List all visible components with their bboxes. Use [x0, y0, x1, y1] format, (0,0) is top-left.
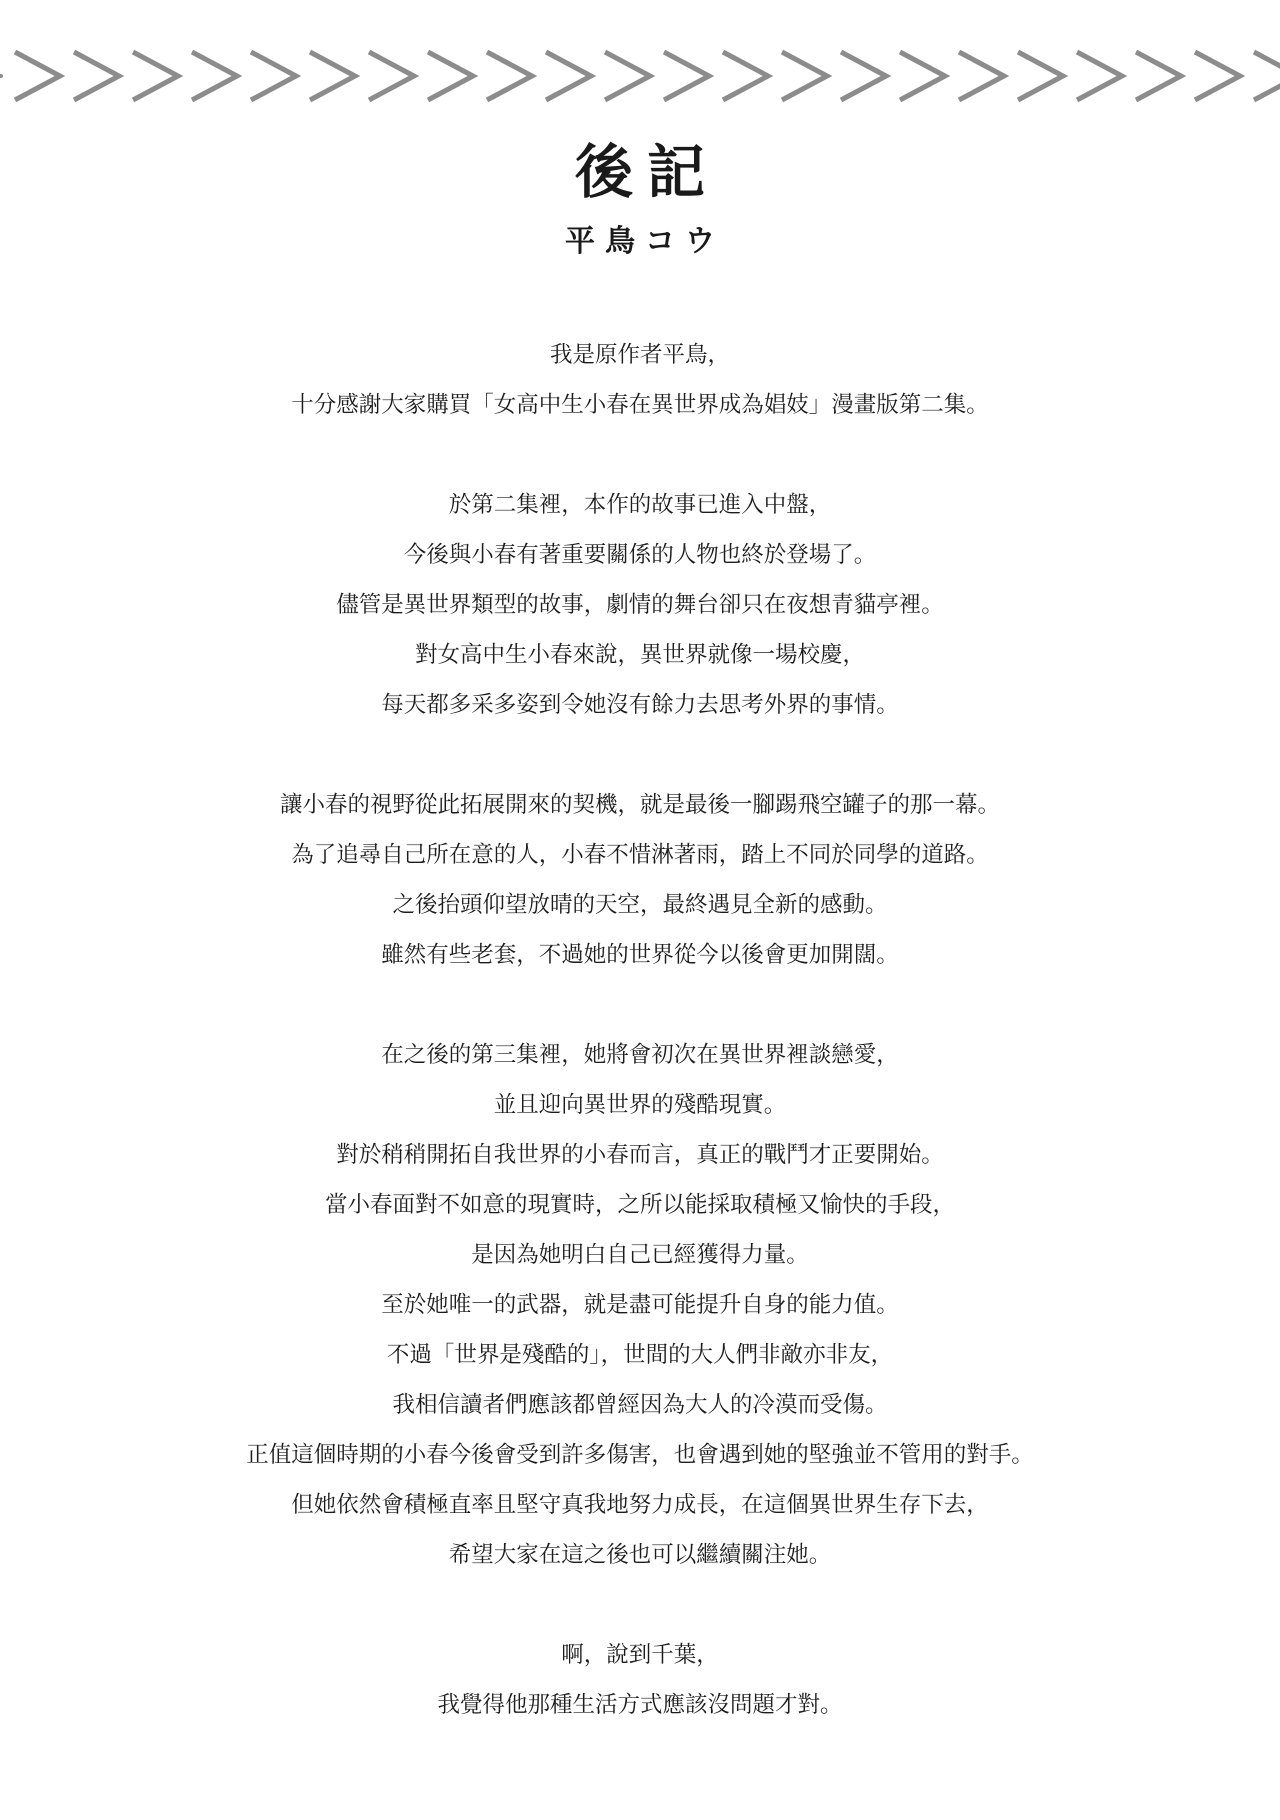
chevron-right-icon: [1136, 52, 1181, 100]
chevron-right-icon-row: [0, 48, 1280, 108]
text-line: 之後抬頭仰望放晴的天空，最終遇見全新的感動。: [0, 880, 1280, 930]
chevron-right-icon: [959, 52, 1004, 100]
afterword-body: 我是原作者平鳥， 十分感謝大家購買「女高中生小春在異世界成為娼妓」漫畫版第二集。…: [0, 330, 1280, 1780]
text-line: 對於稍稍開拓自我世界的小春而言，真正的戰鬥才正要開始。: [0, 1130, 1280, 1180]
text-line: 在之後的第三集裡，她將會初次在異世界裡談戀愛，: [0, 1030, 1280, 1080]
text-line: 我是原作者平鳥，: [0, 330, 1280, 380]
paragraph-greeting: 我是原作者平鳥， 十分感謝大家購買「女高中生小春在異世界成為娼妓」漫畫版第二集。: [0, 330, 1280, 430]
chevron-right-icon: [900, 52, 945, 100]
text-line: 當小春面對不如意的現實時，之所以能採取積極又愉快的手段，: [0, 1180, 1280, 1230]
text-line: 並且迎向異世界的殘酷現實。: [0, 1080, 1280, 1130]
text-line: 於第二集裡，本作的故事已進入中盤，: [0, 480, 1280, 530]
text-line: 讓小春的視野從此拓展開來的契機，就是最後一腳踢飛空罐子的那一幕。: [0, 780, 1280, 830]
author-name: 平鳥コウ: [0, 222, 1280, 262]
chevron-right-icon: [605, 52, 650, 100]
text-line: 但她依然會積極直率且堅守真我地努力成長，在這個異世界生存下去，: [0, 1480, 1280, 1530]
text-line: 儘管是異世界類型的故事，劇情的舞台卻只在夜想青貓亭裡。: [0, 580, 1280, 630]
chevron-right-icon: [428, 52, 473, 100]
text-line: 是因為她明白自己已經獲得力量。: [0, 1230, 1280, 1280]
chevron-right-icon: [664, 52, 709, 100]
chevron-right-icon: [369, 52, 414, 100]
text-line: 正值這個時期的小春今後會受到許多傷害，也會遇到她的堅強並不管用的對手。: [0, 1430, 1280, 1480]
text-line: 對女高中生小春來說，異世界就像一場校慶，: [0, 630, 1280, 680]
text-line: 我相信讀者們應該都曾經因為大人的冷漠而受傷。: [0, 1380, 1280, 1430]
chevron-right-icon: [310, 52, 355, 100]
paragraph-turning-point: 讓小春的視野從此拓展開來的契機，就是最後一腳踢飛空罐子的那一幕。 為了追尋自己所…: [0, 780, 1280, 980]
chevron-right-icon: [841, 52, 886, 100]
text-line: 雖然有些老套，不過她的世界從今以後會更加開闊。: [0, 930, 1280, 980]
chevron-right-icon: [487, 52, 532, 100]
paragraph-volume-two: 於第二集裡，本作的故事已進入中盤， 今後與小春有著重要關係的人物也終於登場了。 …: [0, 480, 1280, 730]
chevron-right-icon: [1254, 52, 1280, 100]
paragraph-closing: 啊，說到千葉， 我覺得他那種生活方式應該沒問題才對。: [0, 1630, 1280, 1730]
header: 後記 平鳥コウ: [0, 136, 1280, 262]
chevron-right-icon: [15, 52, 60, 100]
chevron-right-icon: [1195, 52, 1240, 100]
chevron-right-icon: [723, 52, 768, 100]
chevron-right-icon: [1077, 52, 1122, 100]
text-line: 十分感謝大家購買「女高中生小春在異世界成為娼妓」漫畫版第二集。: [0, 380, 1280, 430]
text-line: 每天都多采多姿到令她沒有餘力去思考外界的事情。: [0, 680, 1280, 730]
chevron-right-icon: [546, 52, 591, 100]
page-title: 後記: [0, 136, 1280, 208]
chevron-right-icon: [74, 52, 119, 100]
text-line: 至於她唯一的武器，就是盡可能提升自身的能力值。: [0, 1280, 1280, 1330]
chevron-right-icon: [192, 52, 237, 100]
text-line: 今後與小春有著重要關係的人物也終於登場了。: [0, 530, 1280, 580]
paragraph-volume-three: 在之後的第三集裡，她將會初次在異世界裡談戀愛， 並且迎向異世界的殘酷現實。 對於…: [0, 1030, 1280, 1580]
chevron-right-icon: [251, 52, 296, 100]
text-line: 啊，說到千葉，: [0, 1630, 1280, 1680]
chevron-divider: [0, 48, 1280, 108]
text-line: 不過「世界是殘酷的」，世間的大人們非敵亦非友，: [0, 1330, 1280, 1380]
chevron-right-icon: [1018, 52, 1063, 100]
chevron-right-icon: [782, 52, 827, 100]
text-line: 為了追尋自己所在意的人，小春不惜淋著雨，踏上不同於同學的道路。: [0, 830, 1280, 880]
chevron-right-icon: [133, 52, 178, 100]
text-line: 我覺得他那種生活方式應該沒問題才對。: [0, 1680, 1280, 1730]
text-line: 希望大家在這之後也可以繼續關注她。: [0, 1530, 1280, 1580]
